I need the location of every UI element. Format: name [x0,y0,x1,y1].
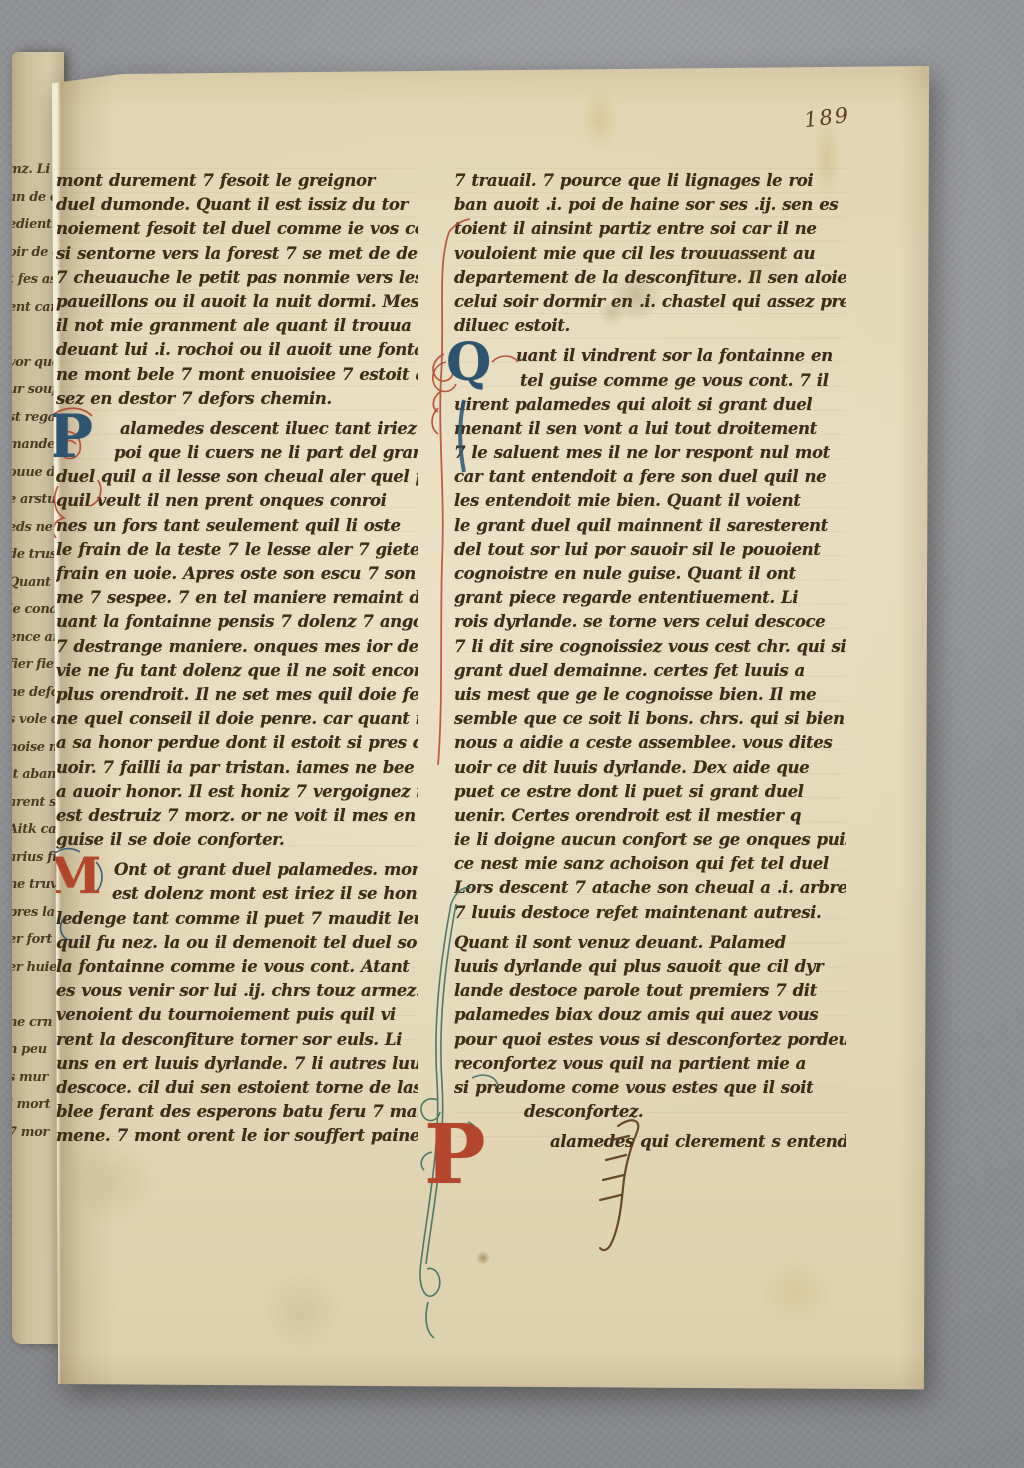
text-line: ne mont bele 7 mont enuoisiee 7 estoit a… [56,362,418,386]
text-line: puet ce estre dont li puet si grant duel [454,779,846,803]
text-line: descoce. cil dui sen estoient torne de l… [56,1075,418,1099]
text-line: est dolenz mont est iriez il se honit 7 [56,881,418,905]
text-line: diluec estoit. [454,313,846,337]
text-line: alamedes descent iluec tant iriez q [56,416,418,440]
initial-p-blue-left: P [48,412,93,463]
text-line: il not mie granment ale quant il trouua [56,313,418,337]
text-line: rois dyrlande. se torne vers celui desco… [454,609,846,633]
text-line: palamedes biax douz amis qui auez vous [454,1002,846,1026]
text-line: 7 cheuauche le petit pas nonmie vers les [56,265,418,289]
text-line: alamedes qui clerement s entendi [454,1129,846,1153]
text-line: deuant lui .i. rochoi ou il auoit une fo… [56,337,418,361]
text-line: del tout sor lui por sauoir sil le pouoi… [454,537,846,561]
text-line: la fontainne comme ie vous cont. Atant [56,954,418,978]
text-line: toient il ainsint partiz entre soi car i… [454,216,846,240]
text-line: ne quel conseil il doie penre. car quant… [56,706,418,730]
text-line: duel dumonde. Quant il est issiz du tor [56,192,418,216]
text-line: venoient du tournoiement puis quil vi [56,1002,418,1026]
text-line: Lors descent 7 atache son cheual a .i. a… [454,875,846,899]
text-line: uns en ert luuis dyrlande. 7 li autres l… [56,1051,418,1075]
text-line: uenir. Certes orendroit est il mestier q [454,803,846,827]
text-line: uant il vindrent sor la fontainne en [454,343,846,367]
text-line: grant duel demainne. certes fet luuis a [454,658,846,682]
text-line: nes un fors tant seulement quil li oste [56,513,418,537]
text-column-left: mont durement 7 fesoit le greignorduel d… [56,168,418,1154]
text-line: uirent palamedes qui aloit si grant duel [454,392,846,416]
text-line: frain en uoie. Apres oste son escu 7 son… [56,561,418,585]
text-line: Ont ot grant duel palamedes. mont [56,857,418,881]
text-line: reconfortez vous quil na partient mie a [454,1051,846,1075]
text-line: 7 li dit sire cognoissiez vous cest chr.… [454,634,846,658]
text-line: 7 trauail. 7 pource que li lignages le r… [454,168,846,192]
text-line: es vous venir sor lui .ij. chrs touz arm… [56,978,418,1002]
text-line: car tant entendoit a fere son duel quil … [454,464,846,488]
text-line: 7 luuis destoce refet maintenant autresi… [454,900,846,924]
initial-m-red-left: M [46,855,101,898]
text-line: quil veult il nen prent onques conroi [56,488,418,512]
text-line: uoir ce dit luuis dyrlande. Dex aide que [454,755,846,779]
text-line: 7 destrange maniere. onques mes ior de s… [56,634,418,658]
text-line: tel guise comme ge vous cont. 7 il [454,368,846,392]
folio-number: 189 [803,100,875,132]
paragraph: mont durement 7 fesoit le greignorduel d… [56,168,418,410]
text-line: 7 le saluent mes il ne lor respont nul m… [454,440,846,464]
text-line: uoir. 7 failli ia par tristan. iames ne … [56,755,418,779]
manuscript-page-wrap: 189 [52,62,930,1392]
text-line: ie li doigne aucun confort se ge onques … [454,827,846,851]
text-line: me 7 sespee. 7 en tel maniere remaint de [56,585,418,609]
text-line: a sa honor perdue dont il estoit si pres… [56,730,418,754]
paragraph: Palamedes descent iluec tant iriez qpoi … [56,416,418,851]
text-line: sez en destor 7 defors chemin. [56,386,418,410]
text-line: celui soir dormir en .i. chastel qui ass… [454,289,846,313]
text-line: Quant il sont venuz deuant. Palamed [454,930,846,954]
paragraph: MOnt ot grant duel palamedes. montest do… [56,857,418,1147]
manuscript-page: 189 [52,62,930,1392]
initial-q-blue-right: Q [446,341,491,385]
text-line: paueillons ou il auoit la nuit dormi. Me… [56,289,418,313]
paragraph: Palamedes qui clerement s entendi [454,1129,846,1153]
text-line: rent la desconfiture torner sor euls. Li [56,1027,418,1051]
paragraph: Quant il vindrent sor la fontainne entel… [454,343,846,924]
text-line: desconfortez. [454,1099,846,1123]
text-line: duel quil a il lesse son cheual aler que… [56,464,418,488]
text-line: mene. 7 mont orent le ior souffert paine [56,1123,418,1147]
text-line: ce nest mie sanz achoison qui fet tel du… [454,851,846,875]
text-line: cognoistre en nule guise. Quant il ont [454,561,846,585]
text-line: semble que ce soit li bons. chrs. qui si… [454,706,846,730]
text-line: a auoir honor. Il est honiz 7 vergoignez… [56,779,418,803]
text-line: ban auoit .i. poi de haine sor ses .ij. … [454,192,846,216]
initial-p-red-right: P [424,1121,486,1191]
text-line: blee ferant des esperons batu feru 7 mal [56,1099,418,1123]
text-line: le frain de la teste 7 le lesse aler 7 g… [56,537,418,561]
text-line: ledenge tant comme il puet 7 maudit leur… [56,906,418,930]
text-line: mont durement 7 fesoit le greignor [56,168,418,192]
text-line: departement de la desconfiture. Il sen a… [454,265,846,289]
text-line: le grant duel quil mainnent il sarestere… [454,513,846,537]
text-line: uant la fontainne pensis 7 dolenz 7 ango… [56,609,418,633]
text-line: plus orendroit. Il ne set mes quil doie … [56,682,418,706]
text-column-right: 7 trauail. 7 pource que li lignages le r… [454,168,846,1160]
text-line: vie ne fu tant dolenz que il ne soit enc… [56,658,418,682]
text-line: est destruiz 7 morz. or ne voit il mes e… [56,803,418,827]
text-line: luuis dyrlande qui plus sauoit que cil d… [454,954,846,978]
text-line: uis mest que ge le cognoisse bien. Il me [454,682,846,706]
text-line: guise il se doie conforter. [56,827,418,851]
text-line: vouloient mie que cil les trouuassent au [454,241,846,265]
text-line: poi que li cuers ne li part del grant [56,440,418,464]
text-line: grant piece regarde ententiuement. Li [454,585,846,609]
text-line: lande destoce parole tout premiers 7 dit [454,978,846,1002]
text-line: pour quoi estes vous si desconfortez por… [454,1027,846,1051]
paragraph: 7 trauail. 7 pource que li lignages le r… [454,168,846,337]
paragraph: Quant il sont venuz deuant. Palamedluuis… [454,930,846,1124]
text-line: quil fu nez. la ou il demenoit tel duel … [56,930,418,954]
text-line: nous a aidie a ceste assemblee. vous dit… [454,730,846,754]
text-line: si sentorne vers la forest 7 se met de d… [56,241,418,265]
text-line: si preudome come vous estes que il soit [454,1075,846,1099]
text-line: noiement fesoit tel duel comme ie vos co… [56,216,418,240]
text-line: menant il sen vont a lui tout droitement [454,416,846,440]
text-line: les entendoit mie bien. Quant il voient [454,488,846,512]
